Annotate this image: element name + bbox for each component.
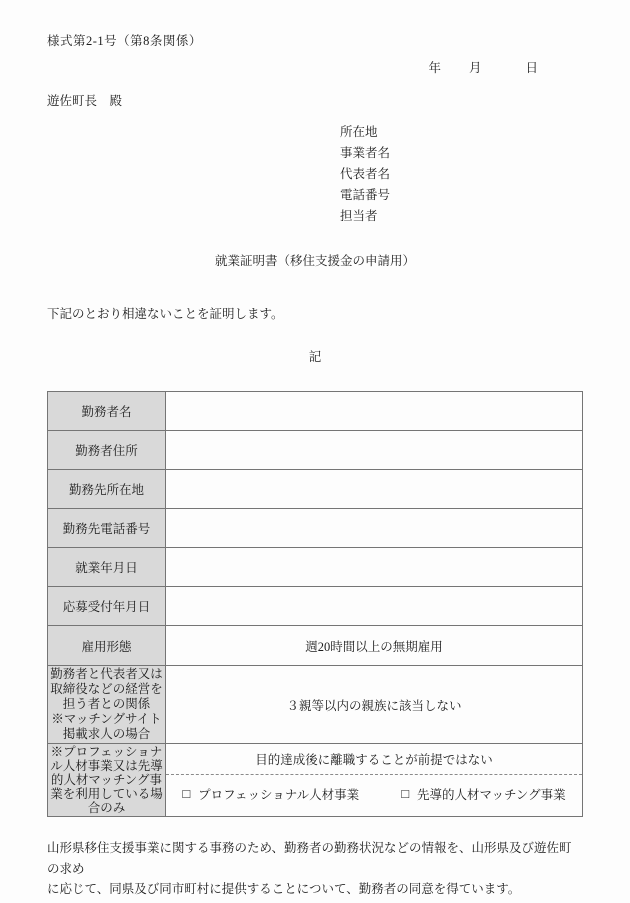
certification-statement: 下記のとおり相違ないことを証明します。 — [47, 304, 583, 322]
program-label-lines: ※プロフェッショナ ル人材事業又は先導 的人材マッチング事 業を利用している場 … — [50, 745, 163, 815]
row-label-program-usage: ※プロフェッショナ ル人材事業又は先導 的人材マッチング事 業を利用している場 … — [48, 744, 166, 817]
row-label-worker-name: 勤務者名 — [48, 392, 166, 431]
program-options: □ プロフェッショナル人材事業 □ 先導的人材マッチング事業 — [166, 775, 582, 812]
document-page: 様式第2-1号（第8条関係） 年月日 遊佐町長 殿 所在地 事業者名 代表者名 … — [0, 0, 630, 903]
record-marker: 記 — [47, 347, 583, 365]
table-row: 勤務者住所 — [48, 431, 583, 470]
row-label-workplace-address: 勤務先所在地 — [48, 470, 166, 509]
date-day-label: 日 — [525, 58, 538, 76]
row-label-application-receipt-date: 応募受付年月日 — [48, 587, 166, 626]
row-label-worker-address: 勤務者住所 — [48, 431, 166, 470]
consent-note: 山形県移住支援事業に関する事務のため、勤務者の勤務状況などの情報を、山形県及び遊… — [47, 838, 583, 900]
form-number: 様式第2-1号（第8条関係） — [47, 31, 583, 49]
table-row: 就業年月日 — [48, 548, 583, 587]
table-row: 勤務先電話番号 — [48, 509, 583, 548]
table-row: 応募受付年月日 — [48, 587, 583, 626]
row-label-employment-start-date: 就業年月日 — [48, 548, 166, 587]
consent-note-line-2: に応じて、同県及び同市町村に提供することについて、勤務者の同意を得ています。 — [47, 879, 583, 900]
program-condition-text: 目的達成後に離職することが前提ではない — [166, 744, 582, 775]
employment-certificate-table: 勤務者名 勤務者住所 勤務先所在地 勤務先電話番号 就業年月日 応募受付年月日 … — [47, 391, 583, 817]
sender-field-location: 所在地 — [340, 122, 583, 143]
relationship-label-lines: 勤務者と代表者又は 取締役などの経営を 担う者との関係 ※マッチングサイト 掲載… — [50, 667, 163, 742]
sender-field-business-name: 事業者名 — [340, 143, 583, 164]
table-row: 勤務者と代表者又は 取締役などの経営を 担う者との関係 ※マッチングサイト 掲載… — [48, 666, 583, 744]
row-label-employment-type: 雇用形態 — [48, 626, 166, 666]
sender-field-representative-name: 代表者名 — [340, 164, 583, 185]
table-row: 勤務先所在地 — [48, 470, 583, 509]
sender-block: 所在地 事業者名 代表者名 電話番号 担当者 — [340, 122, 583, 227]
sender-field-phone-number: 電話番号 — [340, 185, 583, 206]
date-line: 年月日 — [47, 58, 583, 76]
row-value-employment-start-date — [166, 548, 583, 587]
table-row: 雇用形態 週20時間以上の無期雇用 — [48, 626, 583, 666]
addressee: 遊佐町長 殿 — [47, 91, 583, 109]
date-month-label: 月 — [469, 58, 482, 76]
consent-note-line-1: 山形県移住支援事業に関する事務のため、勤務者の勤務状況などの情報を、山形県及び遊… — [47, 838, 583, 879]
checkbox-unchecked-icon[interactable]: □ — [182, 787, 190, 800]
date-year-label: 年 — [428, 61, 441, 75]
checkbox-label: プロフェッショナル人材事業 — [198, 785, 359, 803]
checkbox-label: 先導的人材マッチング事業 — [417, 785, 566, 803]
table-row: ※プロフェッショナ ル人材事業又は先導 的人材マッチング事 業を利用している場 … — [48, 744, 583, 817]
checkbox-professional-jinzai[interactable]: □ プロフェッショナル人材事業 — [182, 785, 359, 803]
row-value-employment-type: 週20時間以上の無期雇用 — [166, 626, 583, 666]
row-value-relationship: ３親等以内の親族に該当しない — [166, 666, 583, 744]
checkbox-sendouteki-matching[interactable]: □ 先導的人材マッチング事業 — [401, 785, 566, 803]
row-value-application-receipt-date — [166, 587, 583, 626]
checkbox-unchecked-icon[interactable]: □ — [401, 787, 409, 800]
row-value-worker-name — [166, 392, 583, 431]
document-title: 就業証明書（移住支援金の申請用） — [47, 251, 583, 269]
row-label-relationship: 勤務者と代表者又は 取締役などの経営を 担う者との関係 ※マッチングサイト 掲載… — [48, 666, 166, 744]
sender-field-contact-person: 担当者 — [340, 206, 583, 227]
table-row: 勤務者名 — [48, 392, 583, 431]
row-label-workplace-phone: 勤務先電話番号 — [48, 509, 166, 548]
row-value-workplace-address — [166, 470, 583, 509]
row-value-workplace-phone — [166, 509, 583, 548]
row-value-program-usage: 目的達成後に離職することが前提ではない □ プロフェッショナル人材事業 □ 先導… — [166, 744, 583, 817]
row-value-worker-address — [166, 431, 583, 470]
